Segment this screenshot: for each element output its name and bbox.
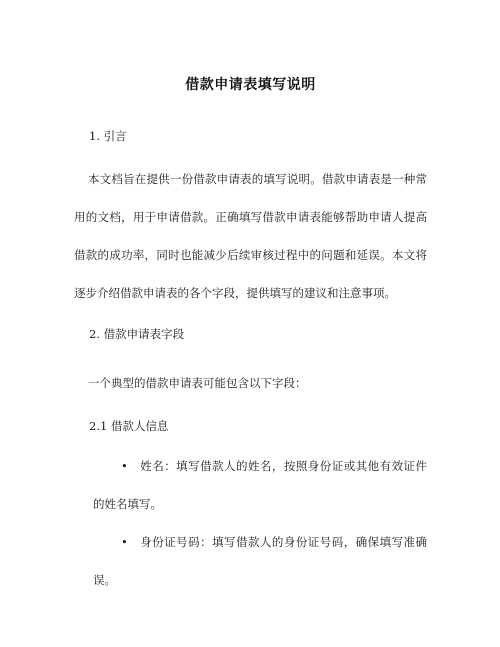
document-content: 借款申请表填写说明 1. 引言 本文档旨在提供一份借款申请表的填写说明。借款申请… xyxy=(0,66,500,599)
document-title: 借款申请表填写说明 xyxy=(74,66,427,104)
paragraph-intro: 本文档旨在提供一份借款申请表的填写说明。借款申请表是一种常 用的文档，用于申请借… xyxy=(74,160,427,312)
heading-borrower-info: 2.1 借款人信息 xyxy=(74,407,427,445)
paragraph-line: 用的文档，用于申请借款。正确填写借款申请表能够帮助申请人提高 xyxy=(74,198,427,236)
list-item-continuation: 误。 xyxy=(74,561,427,599)
heading-introduction: 1. 引言 xyxy=(74,117,427,155)
paragraph-fields-intro: 一个典型的借款申请表可能包含以下字段： xyxy=(74,364,427,402)
document-page: 借款申请表填写说明 1. 引言 本文档旨在提供一份借款申请表的填写说明。借款申请… xyxy=(0,0,500,647)
list-item-name: •姓名：填写借款人的姓名，按照身份证或其他有效证件上 的姓名填写。 xyxy=(74,447,427,523)
list-item-text: 身份证号码：填写借款人的身份证号码，确保填写准确无 xyxy=(121,535,427,561)
list-item-text: 姓名：填写借款人的姓名，按照身份证或其他有效证件上 xyxy=(121,459,427,485)
paragraph-line: 本文档旨在提供一份借款申请表的填写说明。借款申请表是一种常 xyxy=(74,160,427,198)
list-item-first-line: •身份证号码：填写借款人的身份证号码，确保填写准确无 xyxy=(74,523,427,561)
list-item-id-number: •身份证号码：填写借款人的身份证号码，确保填写准确无 误。 xyxy=(74,523,427,599)
list-item-continuation: 的姓名填写。 xyxy=(74,485,427,523)
paragraph-line: 借款的成功率，同时也能减少后续审核过程中的问题和延误。本文将 xyxy=(74,236,427,274)
paragraph-line: 逐步介绍借款申请表的各个字段，提供填写的建议和注意事项。 xyxy=(74,274,427,312)
heading-form-fields: 2. 借款申请表字段 xyxy=(74,315,427,353)
bullet-icon: • xyxy=(121,447,128,485)
list-item-first-line: •姓名：填写借款人的姓名，按照身份证或其他有效证件上 xyxy=(74,447,427,485)
bullet-icon: • xyxy=(121,523,128,561)
